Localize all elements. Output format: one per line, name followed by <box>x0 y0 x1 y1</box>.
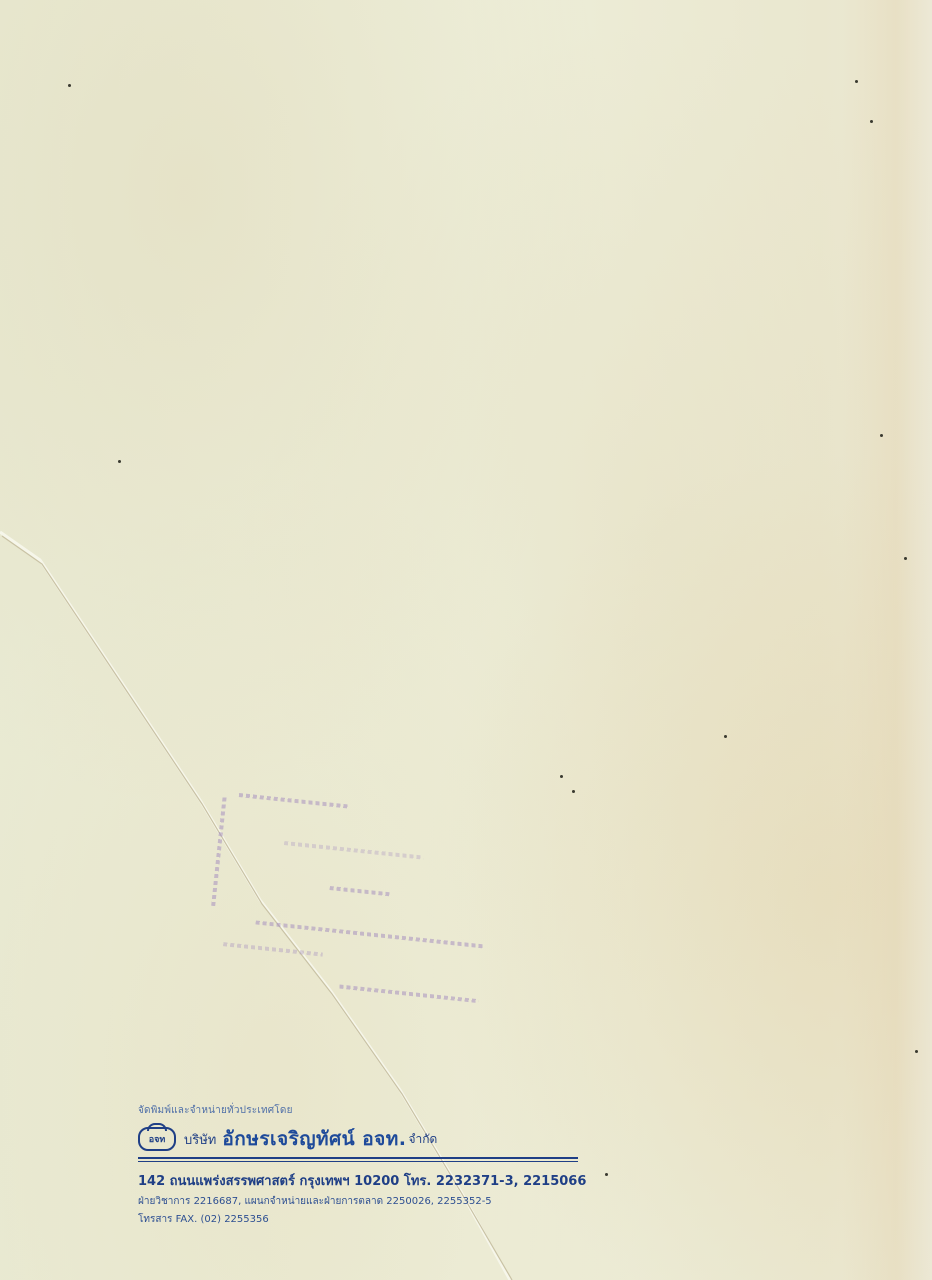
divider-rule <box>138 1157 578 1159</box>
speck <box>560 775 563 778</box>
back-cover-page <box>0 0 932 1280</box>
speck <box>880 434 883 437</box>
publisher-logo-icon: อจท <box>138 1127 176 1151</box>
divider-rule-thin <box>138 1161 578 1162</box>
speck <box>855 80 858 83</box>
speck <box>572 790 575 793</box>
spine-edge-discoloration <box>842 0 932 1280</box>
company-prefix: บริษัท <box>184 1129 216 1150</box>
publisher-address: 142 ถนนแพร่งสรรพศาสตร์ กรุงเทพฯ 10200 โท… <box>138 1170 586 1191</box>
company-suffix: จำกัด <box>409 1130 438 1149</box>
library-stamp <box>188 785 508 1025</box>
speck <box>118 460 121 463</box>
publisher-imprint: จัดพิมพ์และจำหน่ายทั่วประเทศโดย อจท บริษ… <box>138 1103 586 1227</box>
speck <box>68 84 71 87</box>
speck <box>870 120 873 123</box>
company-row: อจท บริษัท อักษรเจริญทัศน์ อจท. จำกัด <box>138 1124 586 1154</box>
speck <box>904 557 907 560</box>
company-name: อักษรเจริญทัศน์ อจท. <box>222 1124 406 1154</box>
speck <box>724 735 727 738</box>
department-phones: ฝ่ายวิชาการ 2216687, แผนกจำหน่ายและฝ่ายก… <box>138 1194 586 1209</box>
speck <box>605 1173 608 1176</box>
fax-number: โทรสาร FAX. (02) 2255356 <box>138 1212 586 1227</box>
speck <box>915 1050 918 1053</box>
imprint-intro: จัดพิมพ์และจำหน่ายทั่วประเทศโดย <box>138 1103 586 1118</box>
